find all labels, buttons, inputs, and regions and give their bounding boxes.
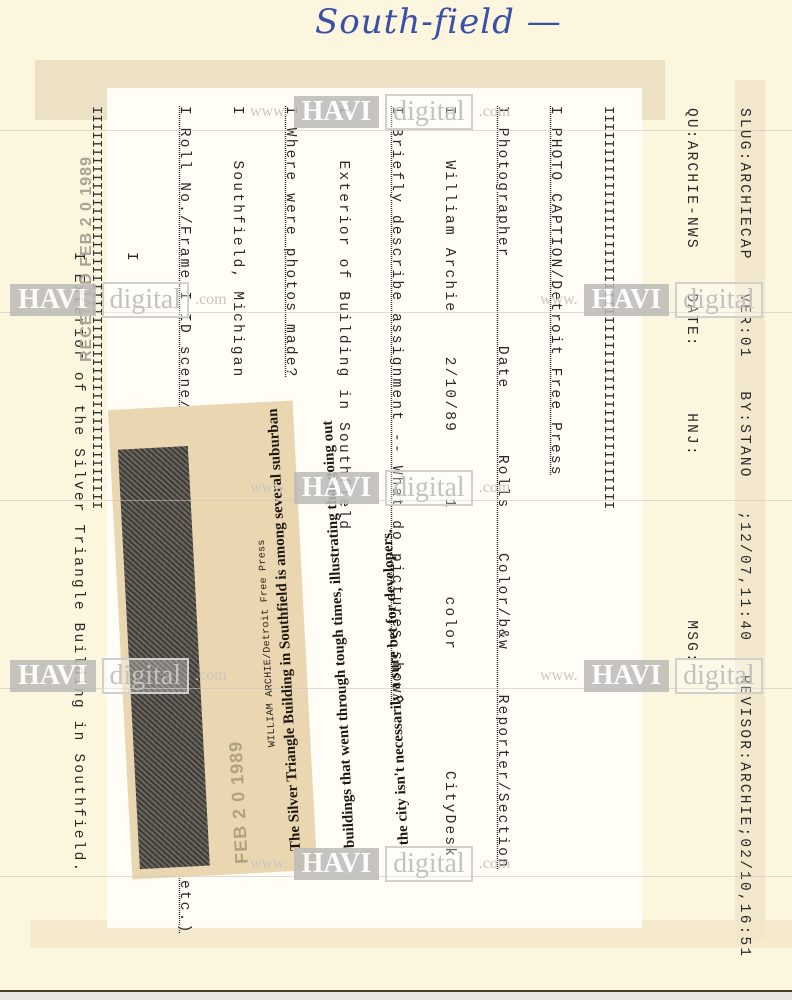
watermark-havi: HAVI — [294, 848, 380, 880]
watermark-havi: HAVI — [294, 96, 380, 128]
watermark-digital: digital — [385, 470, 473, 506]
watermark-digital: digital — [102, 282, 190, 318]
watermark-com: .com — [195, 291, 227, 309]
watermark-havi: HAVI — [10, 660, 96, 692]
watermark: www. HAVI digital .com — [250, 470, 510, 506]
watermark: www. HAVI digital — [540, 282, 763, 318]
watermark-line — [0, 130, 792, 131]
watermark-com: .com — [479, 855, 511, 873]
watermark-havi: HAVI — [584, 284, 670, 316]
watermark-www: www. — [540, 291, 578, 309]
clipping-caption-line: the city isn't necessarily a sure bet fo… — [372, 402, 413, 845]
form-title: I PHOTO CAPTION/Detroit Free Press — [546, 106, 563, 935]
watermark-digital: digital — [385, 94, 473, 130]
form-border-top: IIIIIIIIIIIIIIIIIIIIIIIIIIIIIIIIIIIIIIII… — [599, 106, 616, 935]
watermark: HAVI digital .com — [10, 282, 227, 318]
slug-line-1: SLUG:ARCHIECAP VER:01 BY:STANO ;12/07,11… — [735, 108, 752, 958]
watermark-digital: digital — [385, 846, 473, 882]
handwritten-note: South-field — — [315, 2, 562, 42]
watermark-com: .com — [479, 479, 511, 497]
watermark: www. HAVI digital .com — [250, 846, 510, 882]
paper-bottom-edge — [0, 990, 792, 1000]
watermark-havi: HAVI — [10, 284, 96, 316]
watermark-havi: HAVI — [294, 472, 380, 504]
watermark-www: www. — [250, 855, 288, 873]
watermark-com: .com — [195, 667, 227, 685]
watermark-digital: digital — [675, 658, 763, 694]
received-stamp: RECEIVED FEB 2 0 1989 — [78, 156, 96, 362]
slug-line-2: QU:ARCHIE-NWS DATE: HNJ: MSG: — [682, 108, 699, 958]
watermark: www. HAVI digital .com — [250, 94, 510, 130]
watermark-www: www. — [540, 667, 578, 685]
photographer-header: I Photographer Date Rolls Color/b&w Repo… — [493, 106, 510, 935]
watermark-www: www. — [250, 479, 288, 497]
watermark: www. HAVI digital — [540, 658, 763, 694]
watermark-havi: HAVI — [584, 660, 670, 692]
watermark-digital: digital — [675, 282, 763, 318]
watermark-com: .com — [479, 103, 511, 121]
clipping-caption: The Silver Triangle Building in Southfie… — [228, 400, 449, 853]
watermark: HAVI digital .com — [10, 658, 227, 694]
watermark-digital: digital — [102, 658, 190, 694]
slug-header: SLUG:ARCHIECAP VER:01 BY:STANO ;12/07,11… — [664, 108, 788, 958]
watermark-www: www. — [250, 103, 288, 121]
